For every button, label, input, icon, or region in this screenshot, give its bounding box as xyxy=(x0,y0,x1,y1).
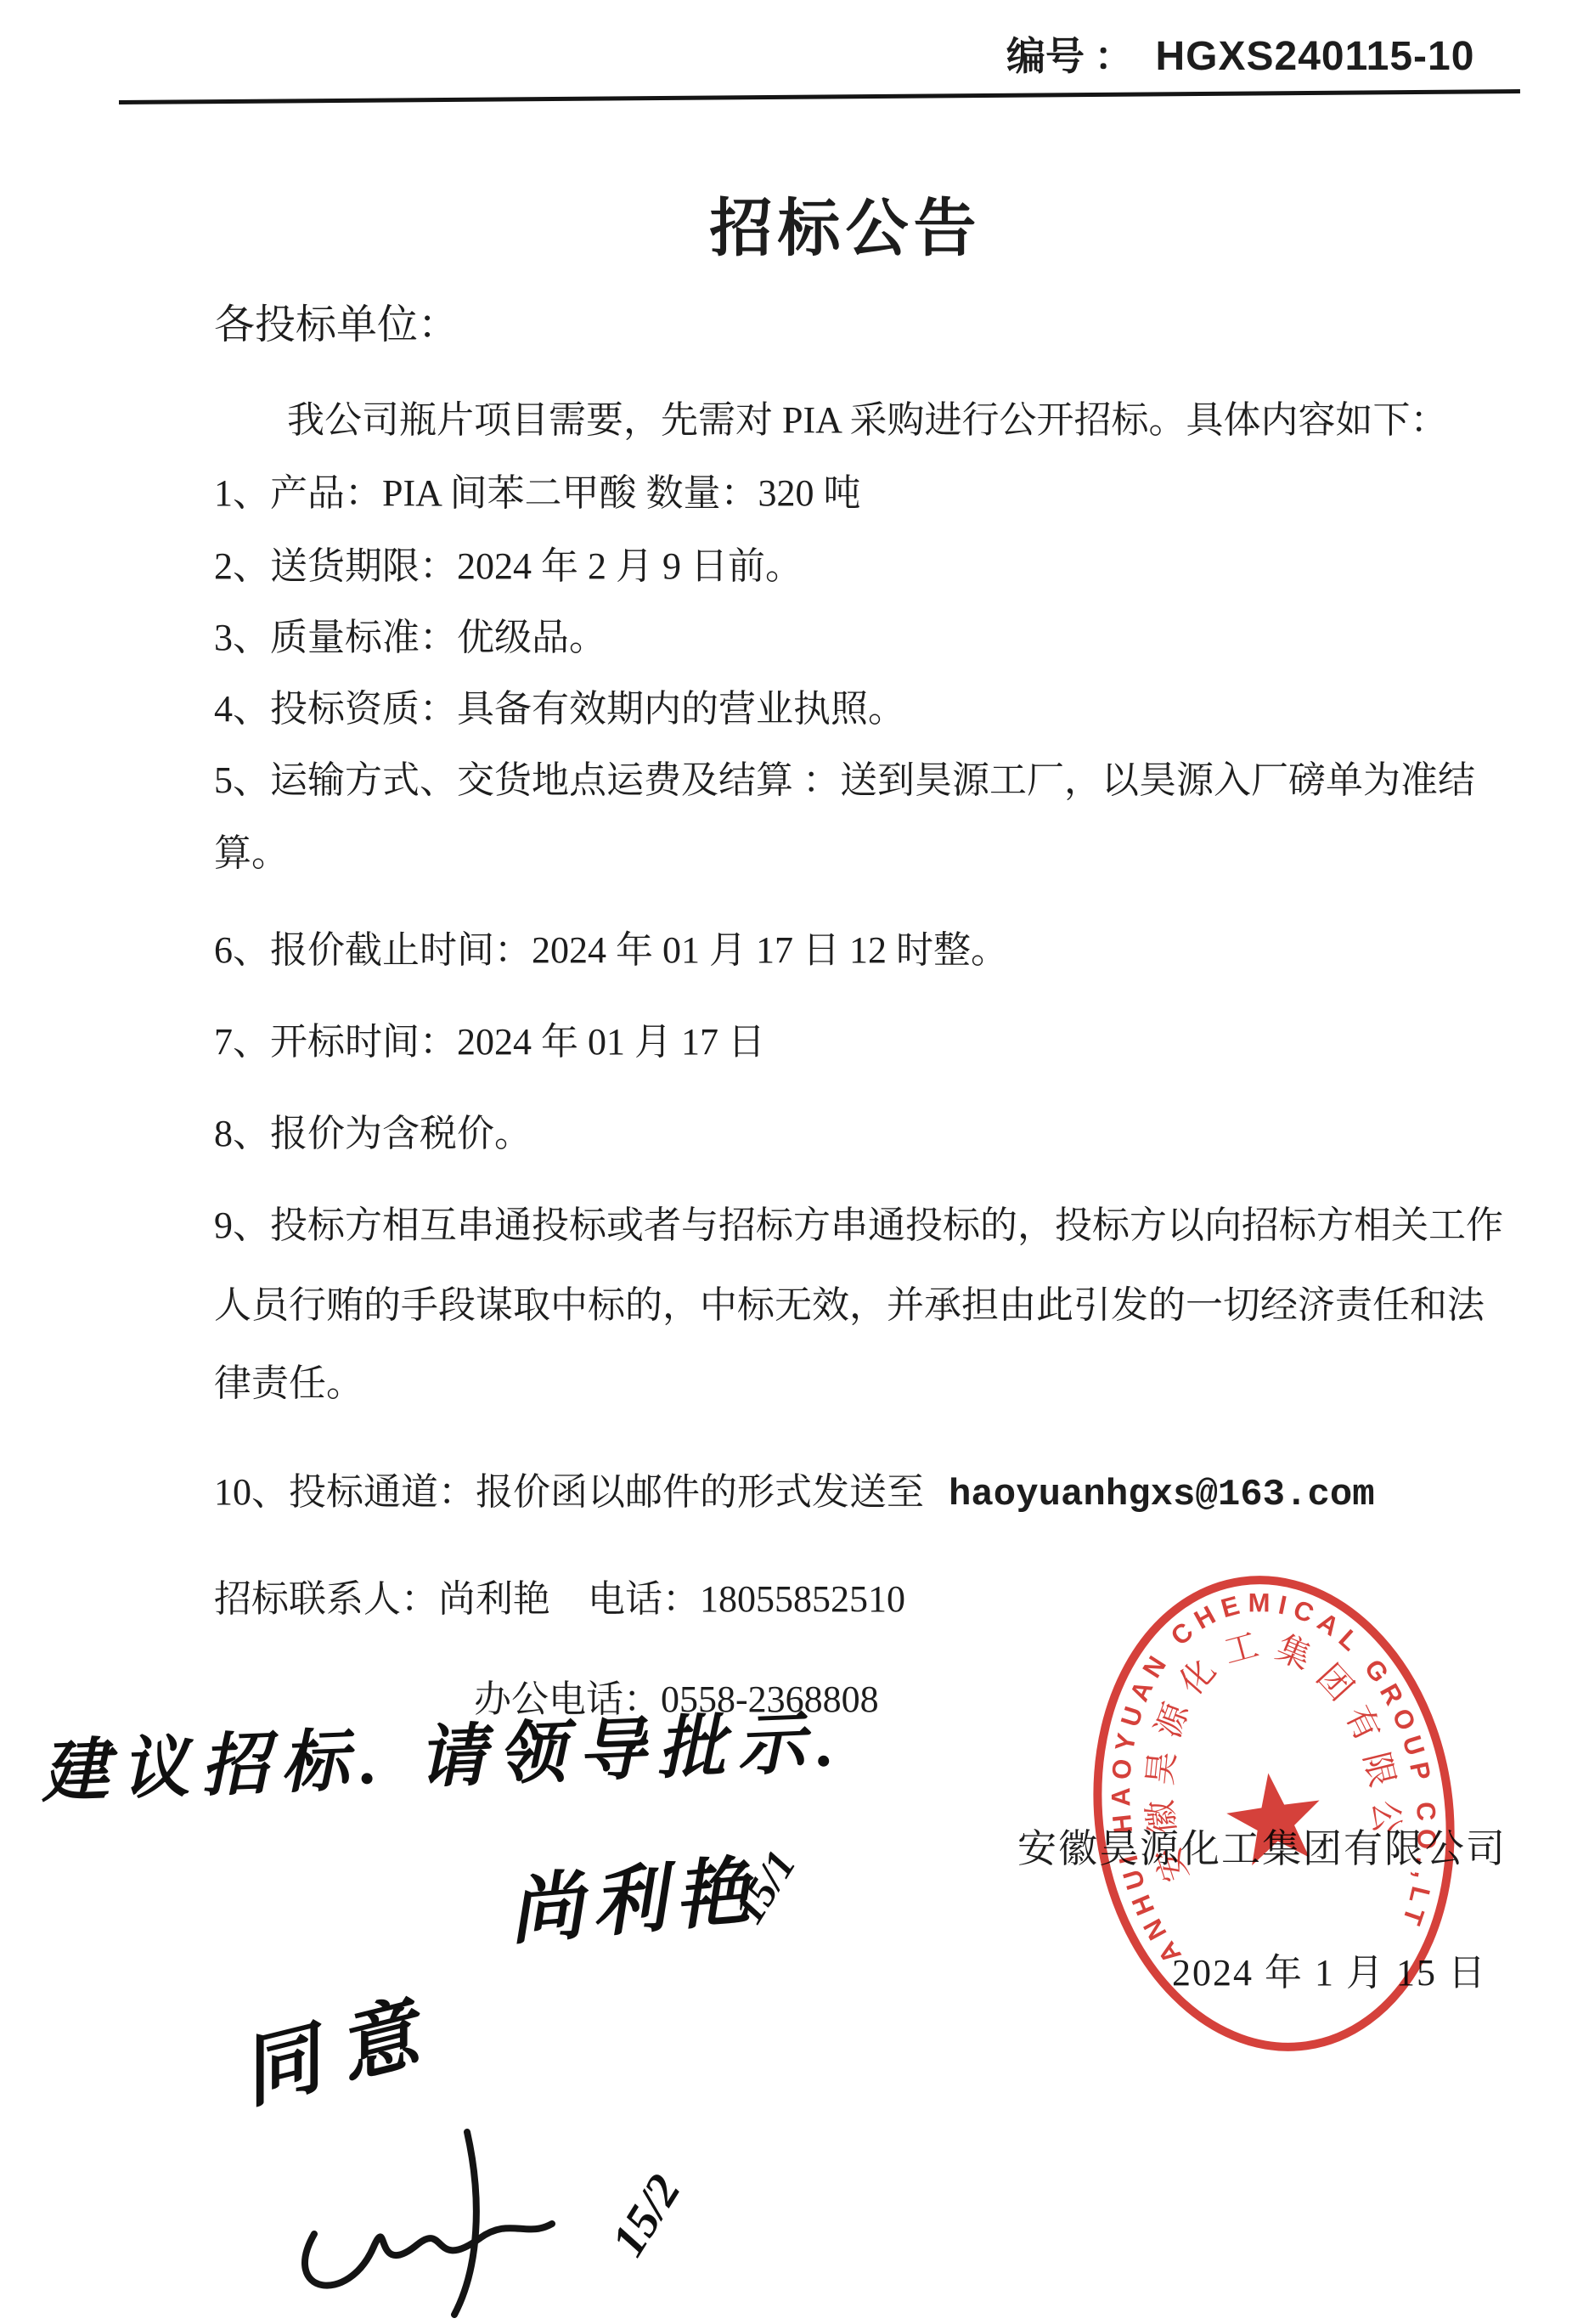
item-5-line-2: 算。 xyxy=(214,829,1522,877)
item-8: 8、报价为含税价。 xyxy=(214,1109,1522,1158)
doc-number-row: 编号 ： HGXS240115-10 xyxy=(1006,25,1474,82)
handwritten-signature-1: 尚利艳 xyxy=(504,1830,762,1959)
handwritten-note: 建议招标. 请领导批示. xyxy=(39,1687,848,1815)
official-seal: ANHUI HAOYUAN CHEMICAL GROUP CO.,LTD 安徽昊… xyxy=(1055,1543,1493,2084)
intro-paragraph: 我公司瓶片项目需要，先需对 PIA 采购进行公开招标。具体内容如下： xyxy=(287,396,1572,444)
item-2: 2、送货期限：2024 年 2 月 9 日前。 xyxy=(214,542,1522,590)
signature-scribble-block: 15/2 xyxy=(195,2098,747,2324)
header-rule xyxy=(119,89,1520,104)
document-page: 编号 ： HGXS240115-10 招标公告 各投标单位： 我公司瓶片项目需要… xyxy=(0,0,1572,2324)
seal-star xyxy=(1222,1767,1327,1868)
svg-text:ANHUI HAOYUAN CHEMICAL GROUP C: ANHUI HAOYUAN CHEMICAL GROUP CO.,LTD xyxy=(1055,1543,1458,1978)
item-4: 4、投标资质：具备有效期内的营业执照。 xyxy=(214,685,1522,733)
item-9-line-3: 律责任。 xyxy=(214,1359,1522,1407)
doc-number-label: 编号 ： xyxy=(1006,25,1134,82)
item-6: 6、报价截止时间：2024 年 01 月 17 日 12 时整。 xyxy=(214,926,1522,974)
page-title: 招标公告 xyxy=(119,178,1572,268)
item-3: 3、质量标准：优级品。 xyxy=(214,613,1522,662)
item-5-line-1: 5、运输方式、交货地点运费及结算 ：送到昊源工厂，以昊源入厂磅单为准结 xyxy=(214,756,1522,804)
email-address: haoyuanhgxs@163.com xyxy=(949,1474,1375,1516)
seal-ring-text: ANHUI HAOYUAN CHEMICAL GROUP CO.,LTD xyxy=(1055,1543,1458,1978)
signature-scribble xyxy=(305,2132,552,2315)
doc-number: HGXS240115-10 xyxy=(1156,33,1475,80)
salutation: 各投标单位： xyxy=(214,299,1522,352)
item-9-line-1: 9、投标方相互串通投标或者与招标方串通投标的，投标方以向招标方相关工作 xyxy=(214,1201,1522,1249)
item-10-text: 10、投标通道：报价函以邮件的形式发送至 xyxy=(214,1471,924,1513)
item-7: 7、开标时间：2024 年 01 月 17 日 xyxy=(214,1018,1522,1066)
item-10: 10、投标通道：报价函以邮件的形式发送至 haoyuanhgxs@163.com xyxy=(214,1468,1522,1520)
item-9-line-2: 人员行贿的手段谋取中标的，中标无效，并承担由此引发的一切经济责任和法 xyxy=(214,1281,1522,1329)
item-1: 1、产品：PIA 间苯二甲酸 数量：320 吨 xyxy=(214,469,1522,517)
handwritten-signature-2-date: 15/2 xyxy=(601,2166,690,2265)
